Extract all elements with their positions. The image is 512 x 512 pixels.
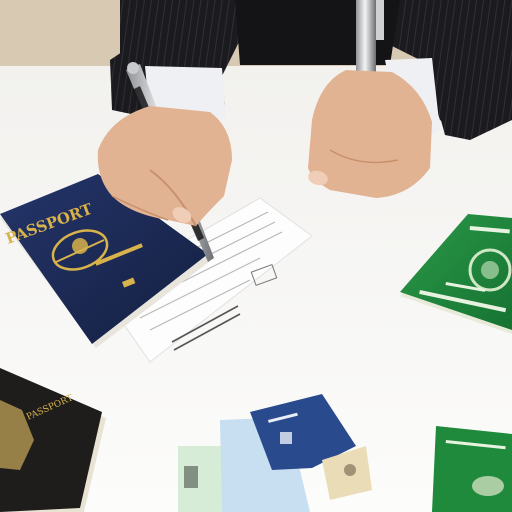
right-hand [307, 70, 432, 198]
scene-illustration: PASSPORT PASSPORT [0, 0, 512, 512]
green-card [432, 426, 512, 512]
photo-scene: PASSPORT PASSPORT [0, 0, 512, 512]
